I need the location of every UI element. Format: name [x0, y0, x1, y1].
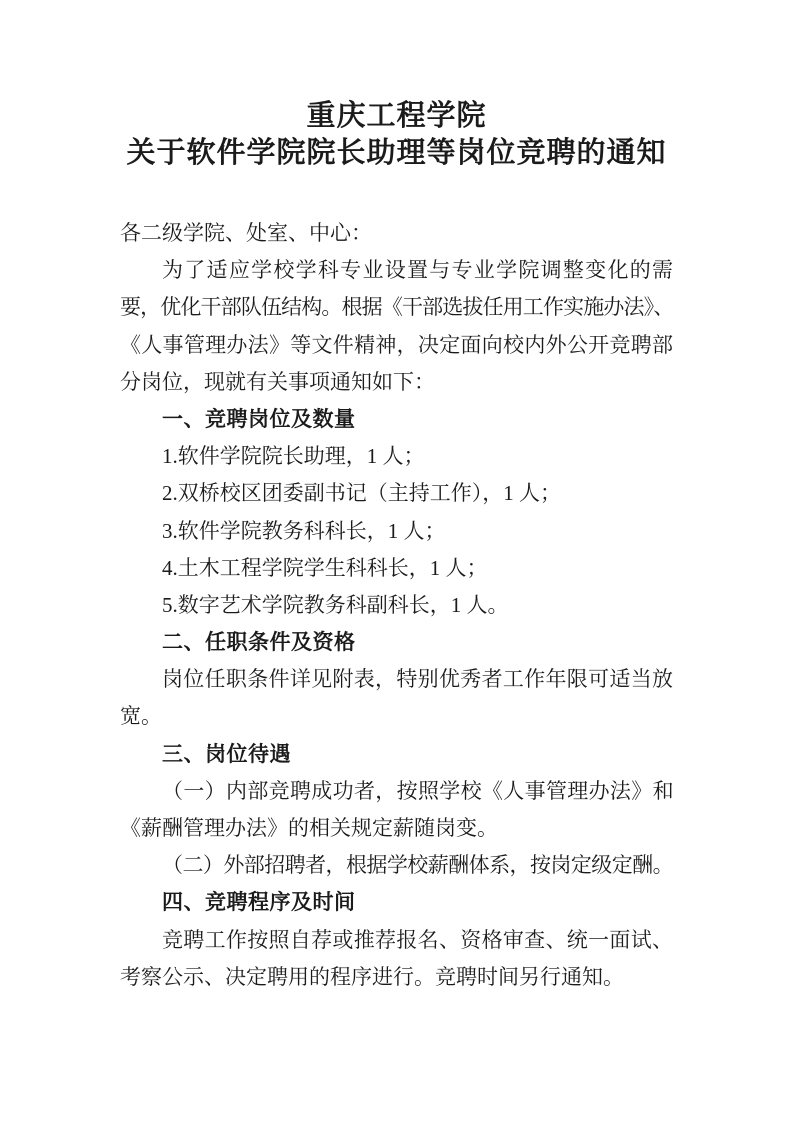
- position-item-4: 4.土木工程学院学生科科长，1 人；: [120, 550, 673, 587]
- section1-heading: 一、竞聘岗位及数量: [120, 401, 673, 438]
- section4-heading: 四、竞聘程序及时间: [120, 884, 673, 921]
- intro-line-1: 为了适应学校学科专业设置与专业学院调整变化的需: [120, 252, 673, 289]
- position-item-2: 2.双桥校区团委副书记（主持工作），1 人；: [120, 475, 673, 512]
- document-title: 重庆工程学院 关于软件学院院长助理等岗位竞聘的通知: [0, 98, 793, 172]
- section2-line-1: 岗位任职条件详见附表，特别优秀者工作年限可适当放: [120, 661, 673, 698]
- section4-line-2: 考察公示、决定聘用的程序进行。竞聘时间另行通知。: [120, 959, 673, 996]
- intro-line-4: 分岗位，现就有关事项通知如下：: [120, 364, 673, 401]
- salutation: 各二级学院、处室、中心：: [120, 215, 673, 252]
- position-item-3: 3.软件学院教务科科长，1 人；: [120, 513, 673, 550]
- section3-heading: 三、岗位待遇: [120, 736, 673, 773]
- position-item-1: 1.软件学院院长助理，1 人；: [120, 438, 673, 475]
- position-item-5: 5.数字艺术学院教务科副科长，1 人。: [120, 587, 673, 624]
- section3-para1-line-1: （一）内部竞聘成功者，按照学校《人事管理办法》和: [120, 773, 673, 810]
- section4-line-1: 竞聘工作按照自荐或推荐报名、资格审查、统一面试、: [120, 922, 673, 959]
- title-line-1: 重庆工程学院: [0, 98, 793, 135]
- intro-line-3: 《人事管理办法》等文件精神，决定面向校内外公开竞聘部: [120, 327, 673, 364]
- document-page: 重庆工程学院 关于软件学院院长助理等岗位竞聘的通知 各二级学院、处室、中心： 为…: [0, 0, 793, 1122]
- section3-para2-line-1: （二）外部招聘者，根据学校薪酬体系，按岗定级定酬。: [120, 847, 673, 884]
- section2-line-2: 宽。: [120, 698, 673, 735]
- intro-line-2: 要，优化干部队伍结构。根据《干部选拔任用工作实施办法》、: [120, 289, 673, 326]
- section2-heading: 二、任职条件及资格: [120, 624, 673, 661]
- title-line-2: 关于软件学院院长助理等岗位竞聘的通知: [0, 135, 793, 172]
- section3-para1-line-2: 《薪酬管理办法》的相关规定薪随岗变。: [120, 810, 673, 847]
- document-body: 各二级学院、处室、中心： 为了适应学校学科专业设置与专业学院调整变化的需 要，优…: [120, 215, 673, 996]
